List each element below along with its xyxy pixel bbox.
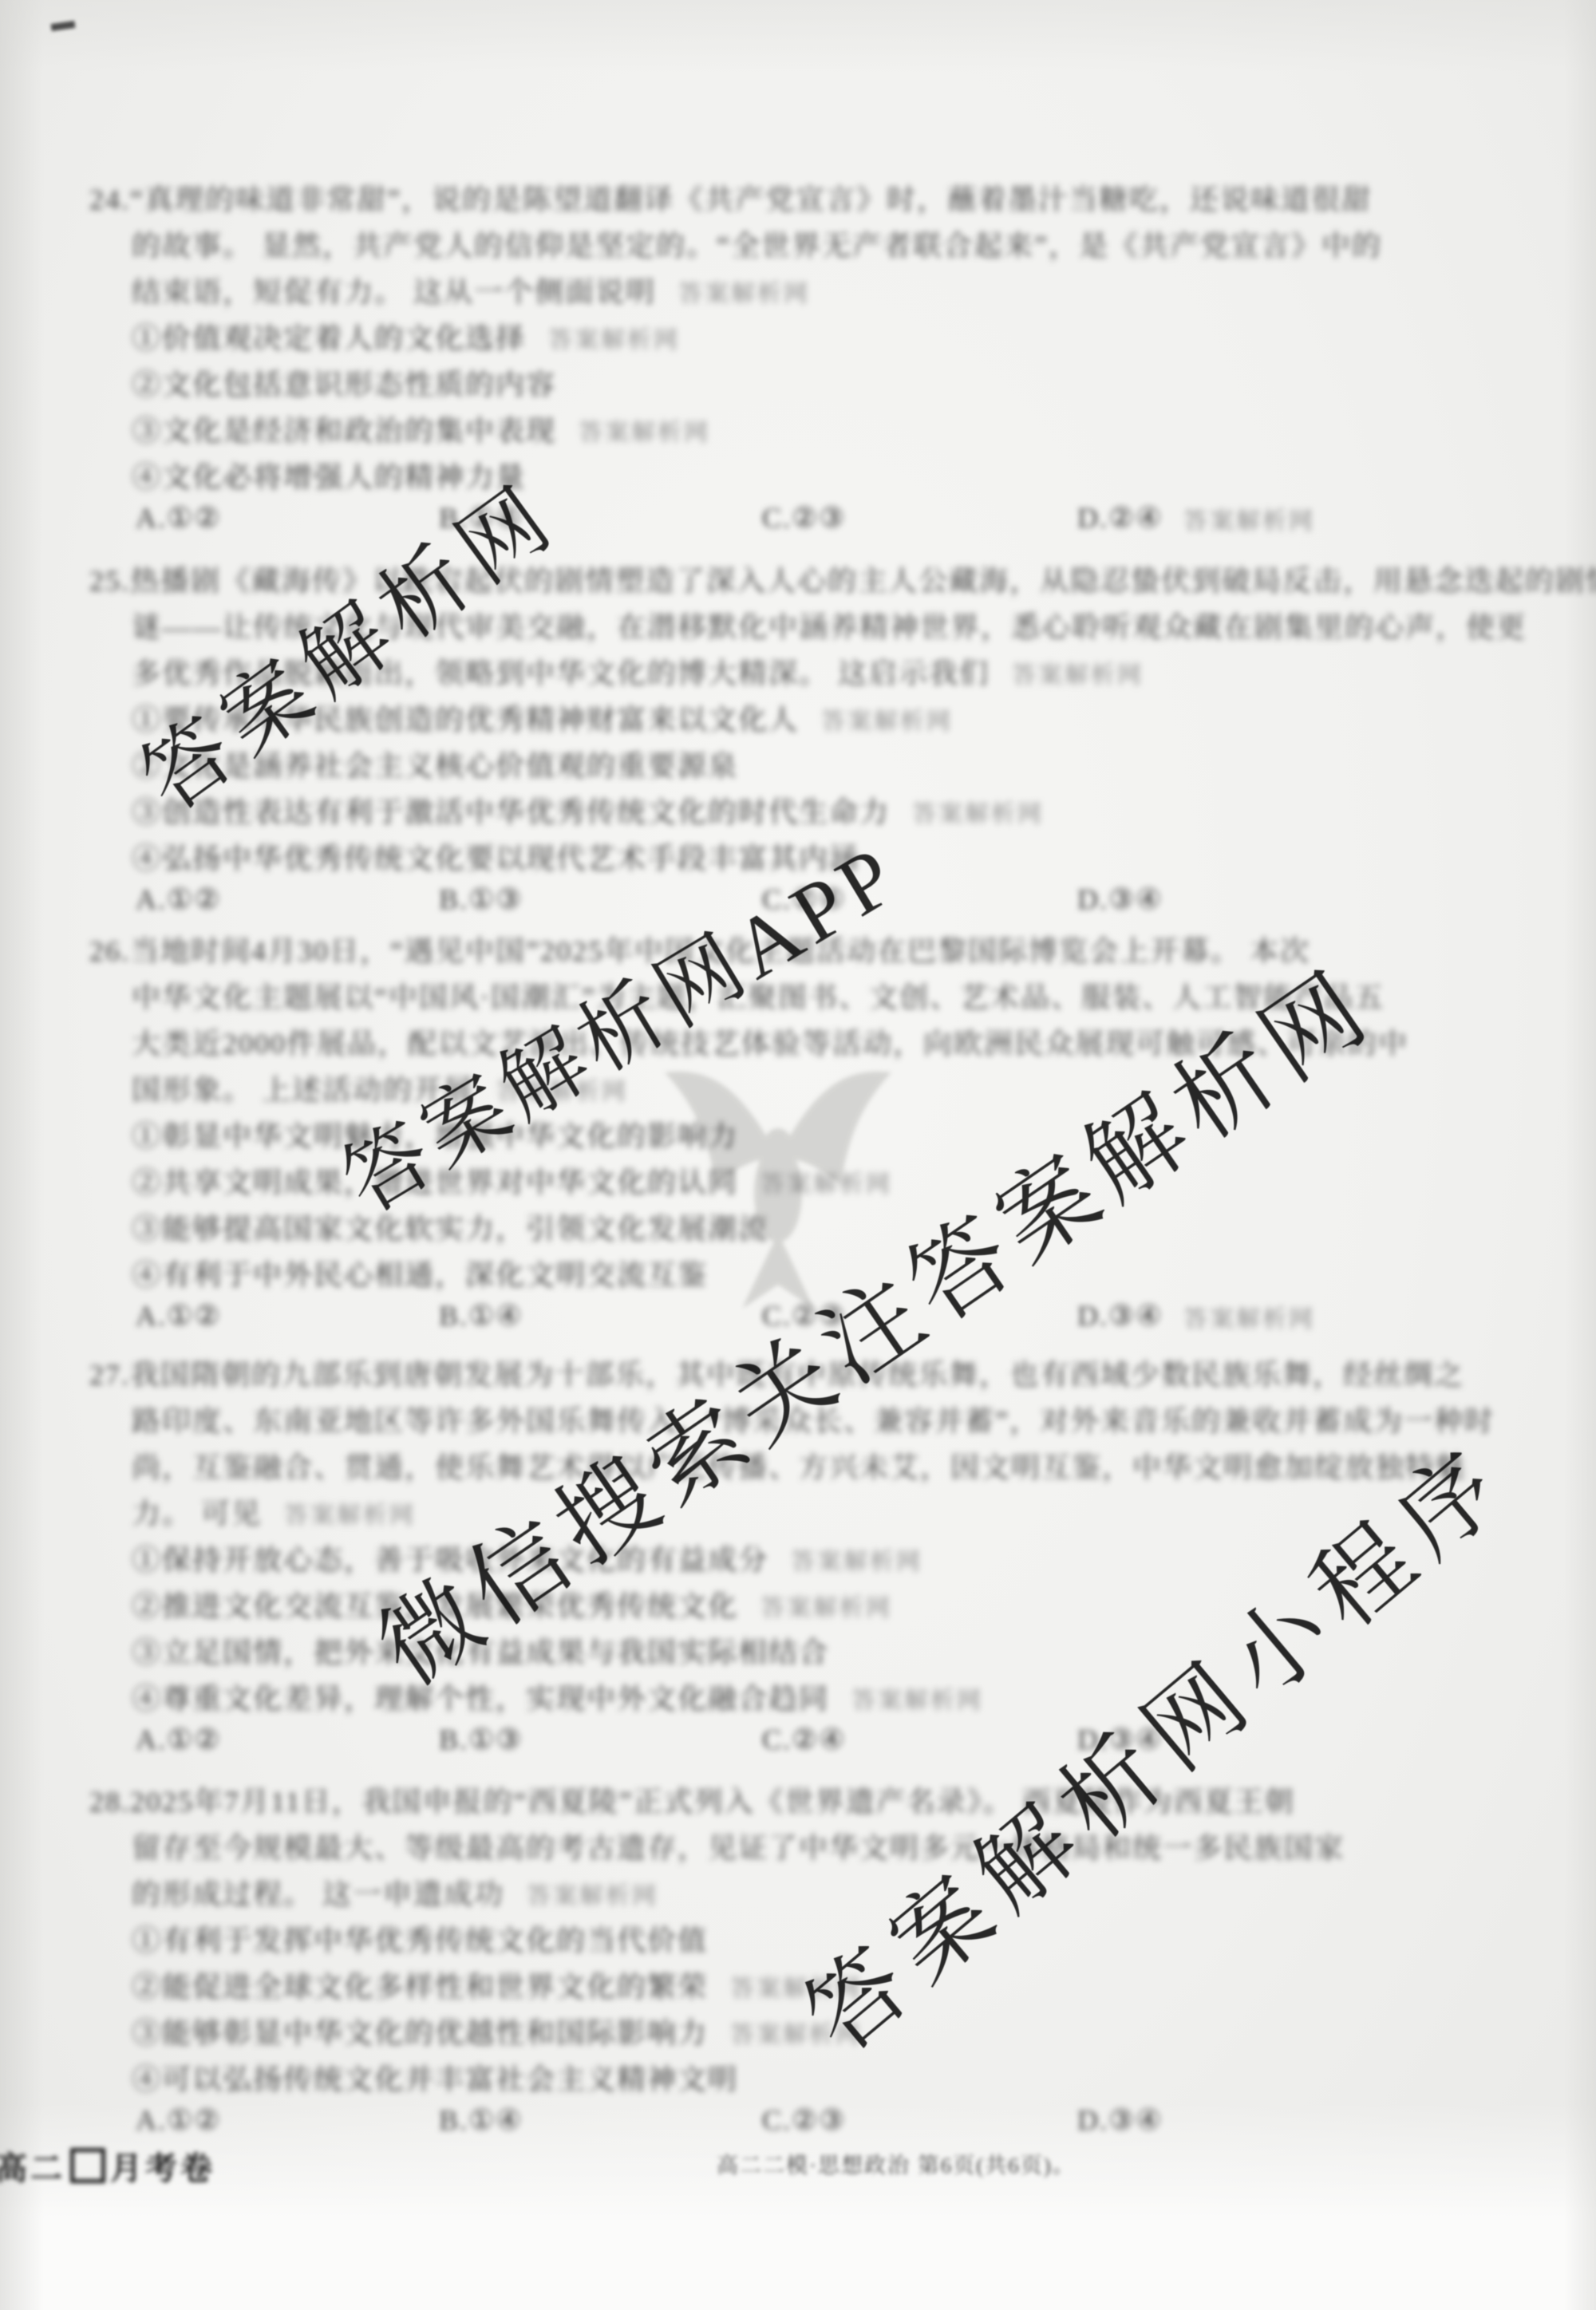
inline-watermark: 答案解析网 bbox=[548, 320, 680, 355]
q25-option-b: B.①③ bbox=[439, 883, 523, 916]
q28-stem-line: 留存至今规模最大、等级最高的考古遗存，见证了中华文明多元一体格局和统一多民族国家 bbox=[132, 1826, 1345, 1866]
q25-option-d: D.③④ bbox=[1077, 883, 1163, 916]
q26-statement-2: ②共享文明成果，增进世界对中华文化的认同答案解析网 bbox=[132, 1160, 892, 1201]
q27-option-b: B.①③ bbox=[439, 1723, 523, 1756]
q28-option-a: A.①② bbox=[136, 2103, 222, 2137]
q27-statement-4: ④尊重文化差异，理解个性，实现中外文化融合趋同答案解析网 bbox=[132, 1676, 983, 1717]
q24-option-d: D.②④ bbox=[1077, 501, 1163, 535]
q24-stem-line: 结束语，短促有力。 这从一个侧面说明答案解析网 bbox=[132, 270, 810, 310]
q28-option-b: B.①④ bbox=[439, 2103, 523, 2137]
scanned-exam-page: 24.“真理的味道非常甜”，说的是陈望道翻译《共产党宣言》时，蘸着墨汁当糖吃，还… bbox=[0, 0, 1596, 2310]
inline-watermark: 答案解析网 bbox=[1183, 501, 1315, 536]
q25-statement-3: ③创造性表达有利于激活中华优秀传统文化的时代生命力答案解析网 bbox=[132, 790, 1044, 831]
inline-watermark: 答案解析网 bbox=[912, 794, 1044, 829]
q27-stem-line: 力。 可见答案解析网 bbox=[132, 1491, 416, 1532]
q28-statement-2: ②能促进全球文化多样性和世界文化的繁荣答案解析网 bbox=[132, 1964, 862, 2005]
inline-watermark: 答案解析网 bbox=[760, 1164, 892, 1199]
q28-statement-3: ③能够彰显中华文化的优越性和国际影响力答案解析网 bbox=[132, 2011, 862, 2051]
q25-option-a: A.①② bbox=[136, 883, 222, 916]
inline-watermark: 答案解析网 bbox=[527, 1876, 658, 1911]
inline-watermark: 答案解析网 bbox=[678, 274, 810, 309]
q24-statement-1: ①价值观决定着人的文化选择答案解析网 bbox=[132, 316, 680, 357]
q24-statement-3: ③文化是经济和政治的集中表现答案解析网 bbox=[132, 409, 710, 449]
inline-watermark: 答案解析网 bbox=[851, 1680, 983, 1716]
q28-stem-line: 的形成过程。 这一申遗成功答案解析网 bbox=[132, 1872, 658, 1913]
q24-stem-line: 的故事。 显然，共产党人的信仰是坚定的。“全世界无产者联合起来”，是《共产党宣言… bbox=[132, 223, 1382, 264]
inline-watermark: 答案解析网 bbox=[791, 1542, 922, 1577]
inline-watermark: 答案解析网 bbox=[1183, 1299, 1315, 1334]
q28-statement-4: ④可以弘扬传统文化并丰富社会主义精神文明 bbox=[132, 2057, 738, 2098]
q24-stem-line: 24.“真理的味道非常甜”，说的是陈望道翻译《共产党宣言》时，蘸着墨汁当糖吃，还… bbox=[89, 177, 1372, 218]
q28-option-c: C.②③ bbox=[762, 2103, 847, 2137]
q26-statement-3: ③能够提高国家文化软实力，引领文化发展潮流 bbox=[132, 1206, 768, 1247]
inline-watermark: 答案解析网 bbox=[821, 701, 953, 736]
q27-option-c: C.②④ bbox=[762, 1723, 847, 1756]
q26-option-d: D.③④ bbox=[1077, 1299, 1163, 1333]
q27-option-a: A.①② bbox=[136, 1723, 222, 1756]
q24-option-c: C.②③ bbox=[762, 501, 847, 535]
q28-statement-1: ①有利于发挥中华优秀传统文化的当代价值 bbox=[132, 1918, 708, 1959]
inline-watermark: 答案解析网 bbox=[284, 1495, 416, 1530]
inline-watermark: 答案解析网 bbox=[1012, 655, 1144, 690]
q26-option-b: B.①④ bbox=[439, 1299, 523, 1333]
q26-statement-4: ④有利于中外民心相通，深化文明交流互鉴 bbox=[132, 1253, 708, 1293]
q24-statement-2: ②文化包括意识形态性质的内容 bbox=[132, 362, 556, 403]
footer-badge-box bbox=[70, 2148, 105, 2183]
footer-badge-suffix: 月考卷 bbox=[110, 2143, 215, 2189]
inline-watermark: 答案解析网 bbox=[760, 1588, 892, 1623]
q26-option-a: A.①② bbox=[136, 1299, 222, 1333]
footer-left-badge: 高二月考卷 bbox=[0, 2145, 215, 2186]
inline-watermark: 答案解析网 bbox=[579, 413, 710, 448]
footer-badge-prefix: 高二 bbox=[0, 2143, 65, 2189]
q24-option-a: A.①② bbox=[136, 501, 222, 535]
diagonal-watermark-4: 答案解析网小程序 bbox=[772, 1406, 1535, 2077]
scan-artifact-mark bbox=[51, 21, 76, 31]
q28-option-d: D.③④ bbox=[1077, 2103, 1163, 2137]
footer-page-label: 高二二模·思想政治 第6页(共6页)。 bbox=[717, 2148, 1076, 2179]
